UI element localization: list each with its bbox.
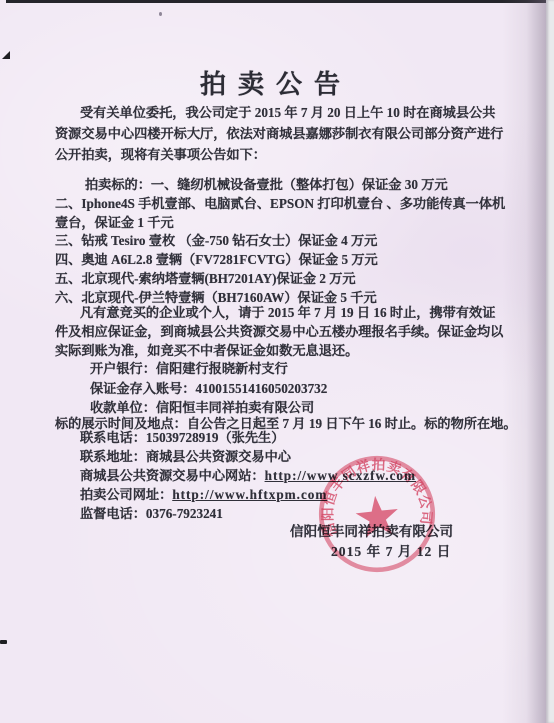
intro-line: 资源交易中心四楼开标大厅，依法对商城县嘉娜莎制衣有限公司部分资产进行 — [55, 123, 515, 144]
scanner-background-strip — [546, 0, 554, 723]
lot-line: 五、北京现代-索纳塔壹辆(BH7201AY)保证金 2 万元 — [55, 270, 515, 289]
exchange-website-line: 商城县公共资源交易中心网站：http://www scxzfw.com — [80, 467, 515, 486]
deposit-account-line: 保证金存入账号：41001551416050203732 — [90, 379, 515, 399]
lot-line: 二、Iphone4S 手机壹部、电脑贰台、EPSON 打印机壹台 、多功能传真一… — [55, 195, 515, 214]
contact-phone-line: 联系电话：15039728919（张先生） — [80, 429, 515, 448]
registration-line: 凡有意竞买的企业或个人，请于 2015 年 7 月 19 日 16 时止，携带有… — [55, 303, 515, 322]
intro-line: 公开拍卖，现将有关事项公告如下： — [55, 144, 515, 165]
scan-artifact-speck — [159, 12, 162, 16]
lot-line: 拍卖标的：一、缝纫机械设备壹批（整体打包）保证金 30 万元 — [55, 176, 515, 195]
intro-line: 受有关单位委托，我公司定于 2015 年 7 月 20 日上午 10 时在商城县… — [55, 102, 515, 123]
bank-name-line: 开户银行：信阳建行报晓新村支行 — [90, 359, 515, 379]
exchange-website-label: 商城县公共资源交易中心网站： — [80, 468, 265, 483]
auction-website-label: 拍卖公司网址： — [80, 487, 172, 502]
auction-website-line: 拍卖公司网址：http://www.hftxpm.com — [80, 486, 515, 505]
contact-address-line: 联系地址：商城县公共资源交易中心 — [80, 448, 515, 467]
seal-star-icon — [354, 494, 400, 539]
scan-artifact-mark — [2, 51, 10, 59]
registration-line: 件及相应保证金，到商城县公共资源交易中心五楼办理报名手续。保证金均以 — [55, 322, 515, 341]
lot-line: 四、奥迪 A6L2.8 壹辆（FV7281FCVTG）保证金 5 万元 — [55, 251, 515, 270]
auction-lots-list: 拍卖标的：一、缝纫机械设备壹批（整体打包）保证金 30 万元 二、Iphone4… — [55, 176, 515, 308]
scanned-auction-notice-page: 拍卖公告 受有关单位委托，我公司定于 2015 年 7 月 20 日上午 10 … — [0, 0, 554, 723]
page-title: 拍卖公告 — [0, 64, 540, 101]
lot-line: 壹台，保证金 1 千元 — [55, 214, 515, 233]
bank-details: 开户银行：信阳建行报晓新村支行 保证金存入账号：4100155141605020… — [55, 359, 515, 418]
registration-paragraph: 凡有意竞买的企业或个人，请于 2015 年 7 月 19 日 16 时止，携带有… — [55, 303, 515, 361]
scan-artifact-mark — [0, 640, 7, 644]
company-seal-stamp: 信阳恒丰同祥拍卖有限公司 — [299, 436, 455, 592]
scan-top-edge-line — [6, 0, 554, 3]
registration-line: 实际到账为准，如竞买不中者保证金如数无息退还。 — [55, 341, 515, 360]
lot-line: 三、钻戒 Tesiro 壹枚 （金-750 钻石女士）保证金 4 万元 — [55, 232, 515, 251]
intro-paragraph: 受有关单位委托，我公司定于 2015 年 7 月 20 日上午 10 时在商城县… — [55, 102, 515, 165]
